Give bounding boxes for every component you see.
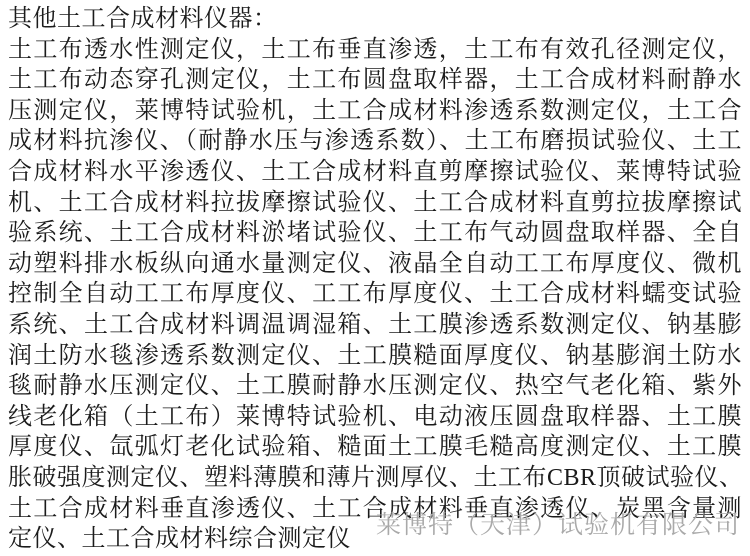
text-line: 动塑料排水板纵向通水量测定仪、液晶全自动工工布厚度仪、微机 [8,249,742,280]
text-line: 线老化箱（土工布）莱博特试验机、电动液压圆盘取样器、土工膜 [8,402,742,433]
text-line: 机、土工合成材料拉拔摩擦试验仪、土工合成材料直剪拉拔摩擦试 [8,188,742,219]
text-line-last: 定仪、土工合成材料综合测定仪 [8,524,742,555]
text-line: 合成材料水平渗透仪、土工合成材料直剪摩擦试验仪、莱博特试验 [8,157,742,188]
text-line: 系统、土工合成材料调温调湿箱、土工膜渗透系数测定仪、钠基膨 [8,310,742,341]
text-line: 厚度仪、氙弧灯老化试验箱、糙面土工膜毛糙高度测定仪、土工膜 [8,432,742,463]
page-title: 其他土工合成材料仪器： [8,4,742,35]
text-line: 成材料抗渗仪、（耐静水压与渗透系数）、土工布磨损试验仪、土工 [8,126,742,157]
text-line: 土工布透水性测定仪，土工布垂直渗透，土工布有效孔径测定仪， [8,35,742,66]
text-line: 土工合成材料垂直渗透仪、土工合成材料垂直渗透仪、炭黑含量测 [8,494,742,525]
text-line: 压测定仪，莱博特试验机，土工合成材料渗透系数测定仪，土工合 [8,96,742,127]
text-line: 控制全自动工工布厚度仪、工工布厚度仪、土工合成材料蠕变试验 [8,279,742,310]
text-line: 土工布动态穿孔测定仪，土工布圆盘取样器，土工合成材料耐静水 [8,65,742,96]
text-line: 验系统、土工合成材料淤堵试验仪、土工布气动圆盘取样器、全自 [8,218,742,249]
text-line: 毯耐静水压测定仪、土工膜耐静水压测定仪、热空气老化箱、紫外 [8,371,742,402]
instrument-list: 其他土工合成材料仪器： 土工布透水性测定仪，土工布垂直渗透，土工布有效孔径测定仪… [8,4,742,555]
document-page: 其他土工合成材料仪器： 土工布透水性测定仪，土工布垂直渗透，土工布有效孔径测定仪… [0,0,750,556]
text-line: 胀破强度测定仪、塑料薄膜和薄片测厚仪、土工布CBR顶破试验仪、 [8,463,742,494]
text-line: 润土防水毯渗透系数测定仪、土工膜糙面厚度仪、钠基膨润土防水 [8,341,742,372]
